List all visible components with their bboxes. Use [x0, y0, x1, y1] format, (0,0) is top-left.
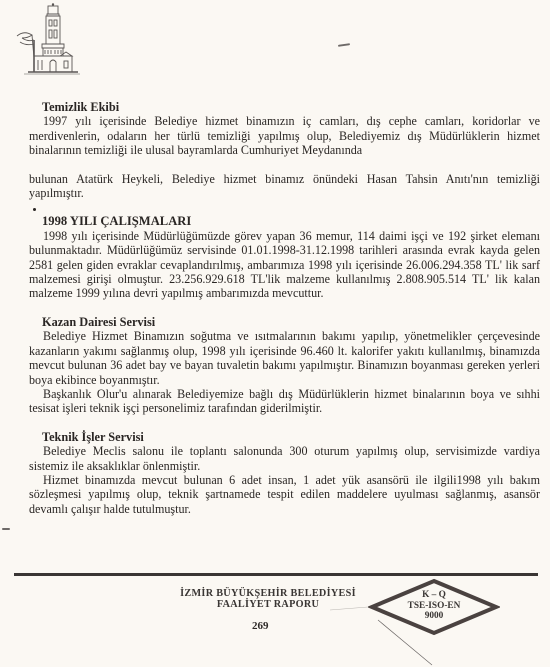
- footer-org-name: İZMİR BÜYÜKŞEHİR BELEDİYESİ: [168, 588, 368, 599]
- cert-line-2: TSE-ISO-EN: [368, 601, 500, 612]
- section-boiler-room: Kazan Dairesi Servisi Belediye Hizmet Bi…: [29, 315, 540, 416]
- cert-line-1: K – Q: [368, 590, 500, 601]
- clock-tower-icon: [14, 2, 86, 76]
- cert-line-3: 9000: [368, 611, 500, 622]
- paragraph: Belediye Meclis salonu ile toplantı salo…: [29, 444, 540, 473]
- paragraph: 1997 yılı içerisinde Belediye hizmet bin…: [29, 114, 540, 157]
- section-1998-works: 1998 YILI ÇALIŞMALARI 1998 yılı içerisin…: [29, 214, 540, 300]
- footer-organization: İZMİR BÜYÜKŞEHİR BELEDİYESİ FAALİYET RAP…: [168, 588, 368, 610]
- section-heading: Kazan Dairesi Servisi: [42, 315, 540, 329]
- paragraph: 1998 yılı içerisinde Müdürlüğümüzde göre…: [29, 229, 540, 301]
- paragraph: bulunan Atatürk Heykeli, Belediye hizmet…: [29, 172, 540, 201]
- page-number: 269: [252, 620, 269, 632]
- footer-report-name: FAALİYET RAPORU: [168, 599, 368, 610]
- scan-mark: [338, 43, 350, 47]
- paragraph: Başkanlık Olur'u alınarak Belediyemize b…: [29, 387, 540, 416]
- section-heading: Teknik İşler Servisi: [42, 430, 540, 444]
- paragraph: Belediye Hizmet Binamızın soğutma ve ısı…: [29, 329, 540, 387]
- footer-rule: [14, 573, 538, 576]
- scan-mark: [2, 528, 10, 530]
- section-cleaning-team: Temizlik Ekibi 1997 yılı içerisinde Bele…: [29, 100, 540, 200]
- section-heading: 1998 YILI ÇALIŞMALARI: [42, 214, 540, 228]
- paragraph: Hizmet binamızda mevcut bulunan 6 adet i…: [29, 473, 540, 516]
- certification-badge: K – Q TSE-ISO-EN 9000: [368, 590, 500, 622]
- section-heading: Temizlik Ekibi: [42, 100, 540, 114]
- section-technical-services: Teknik İşler Servisi Belediye Meclis sal…: [29, 430, 540, 516]
- document-body: Temizlik Ekibi 1997 yılı içerisinde Bele…: [29, 100, 540, 530]
